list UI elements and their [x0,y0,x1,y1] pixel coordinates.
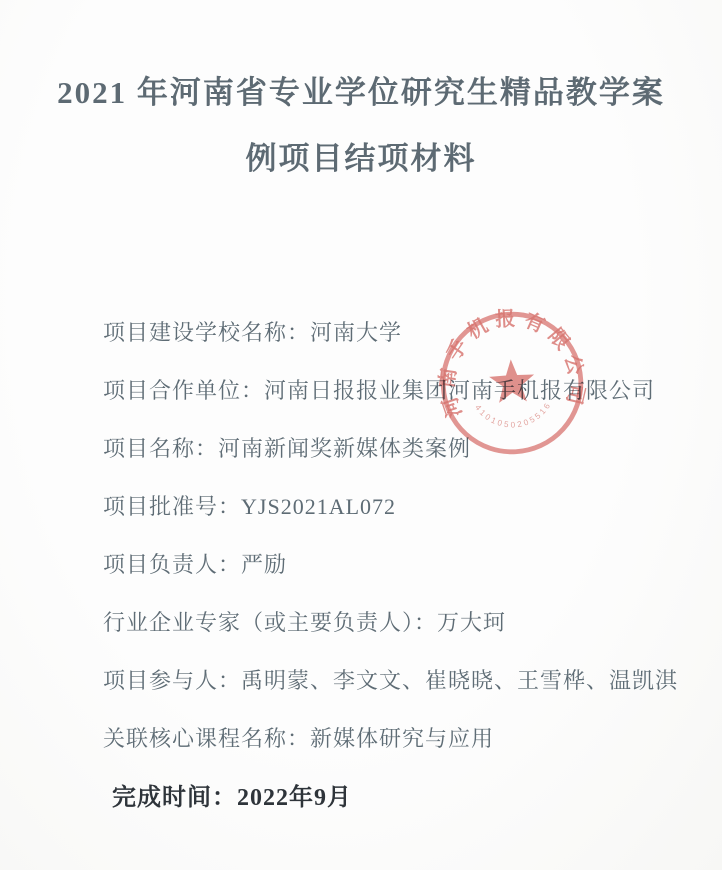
completion-date-line: 完成时间：2022年9月 [112,777,352,812]
field-label: 项目名称： [103,436,218,461]
field-list: 项目建设学校名称：河南大学 项目合作单位：河南日报报业集团河南手机报有限公司 项… [103,316,692,780]
field-row-approval-number: 项目批准号：YJS2021AL072 [103,490,692,515]
field-row-participants: 项目参与人：禹明蒙、李文文、崔晓晓、王雪桦、温凯淇 [103,664,692,689]
field-value: 新媒体研究与应用 [310,726,494,751]
field-label: 项目建设学校名称： [103,320,310,345]
field-label: 项目批准号： [103,494,241,519]
field-label: 项目参与人： [103,668,241,693]
field-row-partner: 项目合作单位：河南日报报业集团河南手机报有限公司 [103,374,692,399]
field-value: 万大珂 [437,610,506,635]
field-value: 河南日报报业集团河南手机报有限公司 [264,378,655,403]
field-label: 项目负责人： [103,552,241,577]
field-row-industry-expert: 行业企业专家（或主要负责人）：万大珂 [103,606,692,631]
field-row-project-name: 项目名称：河南新闻奖新媒体类案例 [103,432,692,457]
field-row-school: 项目建设学校名称：河南大学 [103,316,692,341]
completion-label: 完成时间： [112,785,237,811]
completion-value: 2022年9月 [237,785,352,811]
field-value: 河南大学 [310,320,402,345]
document-title: 2021 年河南省专业学位研究生精品教学案 例项目结项材料 [0,0,722,192]
field-row-leader: 项目负责人：严励 [103,548,692,573]
field-value: 河南新闻奖新媒体类案例 [218,436,471,461]
field-row-core-course: 关联核心课程名称：新媒体研究与应用 [103,722,692,747]
field-label: 项目合作单位： [103,378,264,403]
title-line-1: 2021 年河南省专业学位研究生精品教学案 [0,60,722,126]
field-value: 禹明蒙、李文文、崔晓晓、王雪桦、温凯淇 [241,668,678,693]
document-page: 2021 年河南省专业学位研究生精品教学案 例项目结项材料 项目建设学校名称：河… [0,0,722,870]
field-value: 严励 [241,552,287,577]
title-line-2: 例项目结项材料 [0,126,722,192]
field-label: 关联核心课程名称： [103,726,310,751]
field-label: 行业企业专家（或主要负责人）： [103,610,437,635]
field-value: YJS2021AL072 [241,494,396,519]
